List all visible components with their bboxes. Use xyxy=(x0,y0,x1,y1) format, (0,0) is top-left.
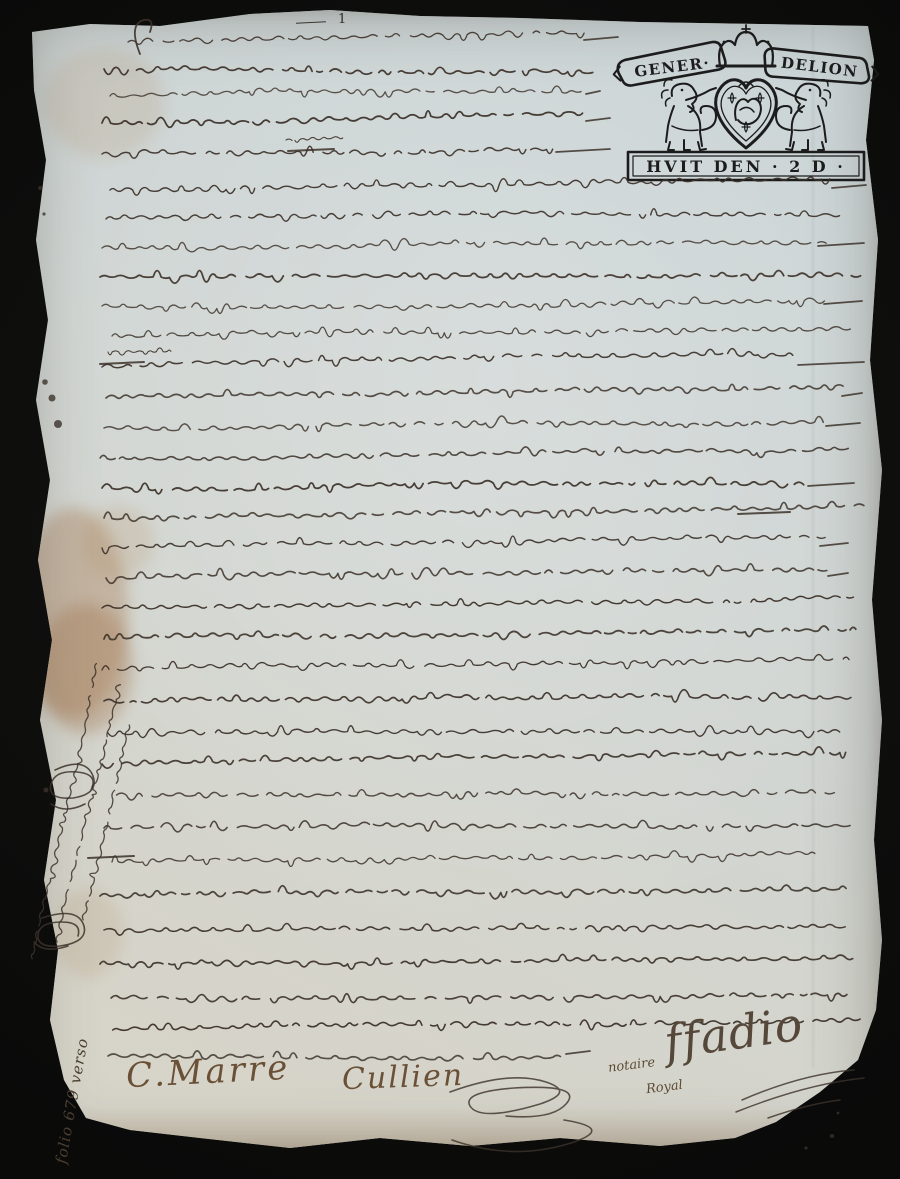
handwritten-line xyxy=(104,923,845,935)
handwritten-line xyxy=(102,747,846,768)
line-filler-dash xyxy=(798,362,864,365)
handwritten-line xyxy=(112,327,850,340)
margin-annotation-line xyxy=(79,724,134,920)
line-filler-dash xyxy=(826,423,860,426)
handwritten-line xyxy=(102,655,849,671)
handwritten-line xyxy=(104,820,850,831)
handwritten-line xyxy=(108,726,840,738)
notarial-paraph xyxy=(34,914,85,950)
handwritten-line xyxy=(128,31,584,44)
ink-spot xyxy=(42,379,48,385)
handwritten-line xyxy=(112,851,815,867)
line-filler-dash xyxy=(832,185,866,188)
handwritten-line xyxy=(106,384,843,398)
handwritten-line xyxy=(102,146,553,158)
handwritten-line xyxy=(100,270,860,283)
margin-annotation-line xyxy=(53,684,124,943)
line-filler-dash xyxy=(556,149,610,152)
line-filler-dash xyxy=(586,118,610,121)
margin-annotation-line xyxy=(22,663,107,959)
handwritten-line xyxy=(104,502,864,522)
line-filler-dash xyxy=(820,543,848,546)
handwritten-line xyxy=(104,66,593,76)
line-filler-dash xyxy=(566,1051,590,1054)
interlinear-word xyxy=(108,348,171,355)
ink-spot xyxy=(44,788,49,793)
handwritten-line xyxy=(102,297,824,313)
signature-underline-flourish xyxy=(736,1070,864,1118)
handwritten-line xyxy=(117,789,835,800)
line-filler-dash xyxy=(808,483,854,486)
ink-spot xyxy=(49,395,56,402)
strikethrough xyxy=(738,512,790,514)
line-filler-dash xyxy=(842,393,862,396)
notary-paraph-flourish xyxy=(450,1078,570,1117)
line-filler-dash xyxy=(586,91,600,94)
handwritten-line xyxy=(100,447,848,460)
notary-paraph-underline xyxy=(452,1120,592,1152)
handwritten-line xyxy=(100,885,846,899)
initial-flourish xyxy=(135,20,152,54)
line-filler-dash xyxy=(824,301,862,304)
handwritten-line xyxy=(102,535,825,553)
handwritten-line xyxy=(111,993,847,1003)
handwritten-line xyxy=(102,596,853,609)
ink-spot xyxy=(804,1146,807,1149)
ink-spot xyxy=(54,420,62,428)
handwritten-line xyxy=(106,209,839,221)
line-filler-dash xyxy=(818,243,864,246)
handwritten-line xyxy=(104,690,851,703)
handwritten-line xyxy=(102,349,793,368)
signature-notary: Cullien xyxy=(341,1058,464,1097)
photo-backdrop: 1 GENER· DELION xyxy=(0,0,900,1179)
handwritten-line xyxy=(102,111,582,128)
handwritten-line xyxy=(110,177,830,195)
ink-spot xyxy=(837,1112,840,1115)
strikethrough xyxy=(100,362,144,364)
handwritten-line xyxy=(106,564,827,584)
strikethrough xyxy=(88,856,134,858)
ink-spot xyxy=(42,212,45,215)
notarial-paraph xyxy=(50,764,94,809)
handwritten-line xyxy=(100,954,853,969)
margin-annotation xyxy=(22,663,146,969)
line-filler-dash xyxy=(828,573,848,576)
handwritten-line xyxy=(102,477,804,493)
handwritten-line xyxy=(104,416,823,432)
handwritten-line xyxy=(110,86,581,97)
handwritten-line xyxy=(102,238,826,252)
interlinear-word xyxy=(286,137,343,143)
line-filler-dash xyxy=(584,37,618,40)
strikethrough xyxy=(288,149,334,151)
ink-spot xyxy=(38,186,42,190)
ink-spot xyxy=(830,1134,834,1138)
handwritten-line xyxy=(104,626,856,640)
